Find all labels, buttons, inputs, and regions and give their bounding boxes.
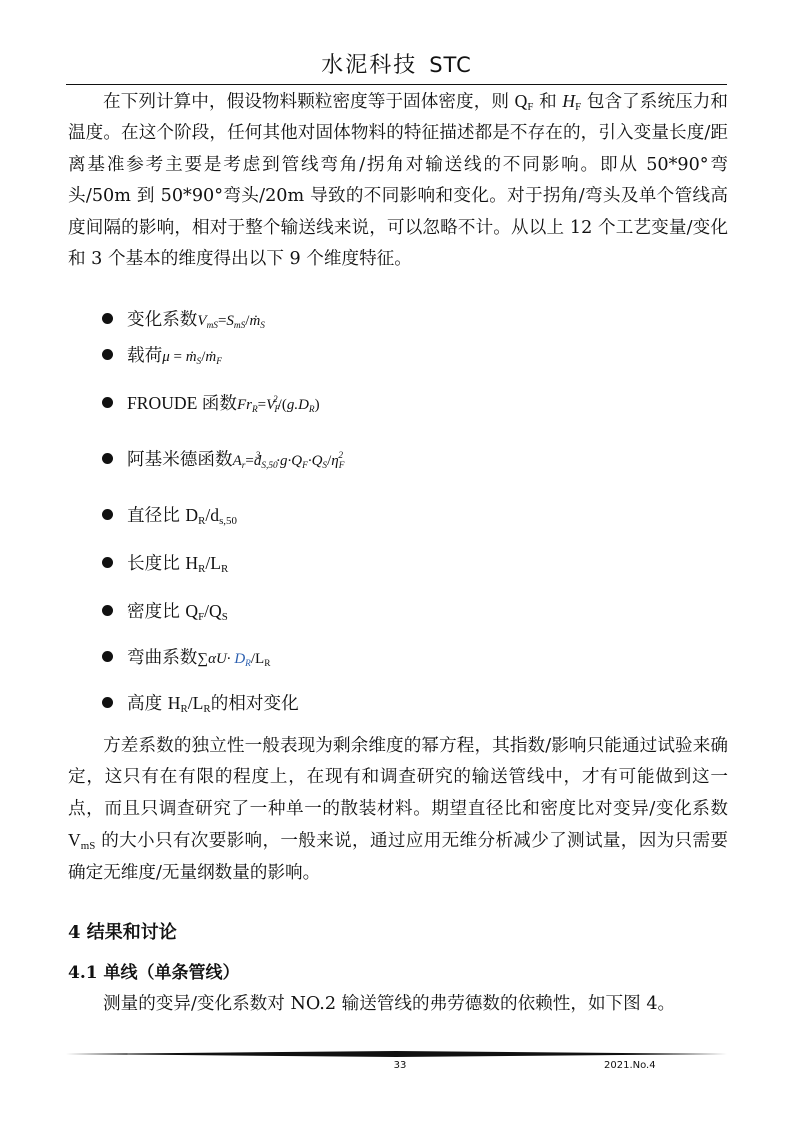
section-heading: 4 结果和讨论 bbox=[68, 918, 177, 944]
issue-label: 2021.No.4 bbox=[604, 1060, 656, 1071]
var-q-f: QF bbox=[515, 91, 534, 111]
var-v-ms: VmS bbox=[68, 830, 95, 850]
bullet-dot-icon bbox=[102, 453, 113, 464]
bullet-dot-icon bbox=[102, 651, 113, 662]
formula-height-ratio: HR/LR bbox=[168, 693, 211, 713]
bullet-dot-icon bbox=[102, 349, 113, 360]
intro-text-1: 在下列计算中，假设物料颗粒密度等于固体密度，则 bbox=[103, 92, 515, 112]
footer-rule bbox=[66, 1051, 727, 1054]
formula-load: μ = ṁS/ṁF bbox=[162, 349, 222, 365]
header-rule bbox=[66, 84, 727, 85]
intro-text-2: 和 bbox=[533, 92, 562, 112]
bullet-variation-coefficient: 变化系数VmS=SmS/ṁS bbox=[102, 306, 265, 331]
bullet-archimedes: 阿基米德函数Ar=dS,503·g·QF·QS/ηF2 bbox=[102, 446, 343, 471]
bullet-length-ratio: 长度比 HR/LR bbox=[102, 550, 228, 575]
paragraph-variance: 方差系数的独立性一般表现为剩余维度的幂方程，其指数/影响只能通过试验来确定，这只… bbox=[68, 731, 728, 889]
paragraph-intro: 在下列计算中，假设物料颗粒密度等于固体密度，则 QF 和 HF 包含了系统压力和… bbox=[68, 86, 728, 275]
bullet-froude: FROUDE 函数FrR=VF2/(g.DR) bbox=[102, 390, 320, 415]
formula-bend-coefficient: ∑αU· DR/LR bbox=[197, 651, 270, 667]
formula-length-ratio: HR/LR bbox=[185, 553, 228, 573]
bullet-load: 载荷μ = ṁS/ṁF bbox=[102, 342, 222, 367]
journal-name-cn: 水泥科技 bbox=[321, 53, 417, 78]
paragraph-results: 测量的变异/变化系数对 NO.2 输送管线的弗劳德数的依赖性，如下图 4。 bbox=[68, 989, 728, 1020]
var-h-f: HF bbox=[562, 91, 581, 111]
bullet-diameter-ratio: 直径比 DR/ds,50 bbox=[102, 502, 237, 527]
page-number: 33 bbox=[380, 1060, 420, 1071]
formula-variation-coefficient: VmS=SmS/ṁS bbox=[197, 313, 265, 329]
bullet-dot-icon bbox=[102, 397, 113, 408]
journal-abbr: STC bbox=[429, 53, 472, 77]
bullet-dot-icon bbox=[102, 557, 113, 568]
variance-text-1: 方差系数的独立性一般表现为剩余维度的幂方程，其指数/影响只能通过试验来确定，这只… bbox=[68, 736, 728, 819]
bullet-dot-icon bbox=[102, 697, 113, 708]
formula-diameter-ratio: DR/ds,50 bbox=[185, 505, 237, 525]
bullet-dot-icon bbox=[102, 509, 113, 520]
formula-archimedes: Ar=dS,503·g·QF·QS/ηF2 bbox=[233, 453, 343, 469]
formula-density-ratio: QF/QS bbox=[185, 601, 227, 621]
bullet-dot-icon bbox=[102, 605, 113, 616]
variance-text-2: 的大小只有次要影响，一般来说，通过应用无维分析减少了测试量，因为只需要确定无维度… bbox=[68, 831, 728, 882]
bullet-height-variation: 高度 HR/LR的相对变化 bbox=[102, 690, 299, 715]
journal-title: 水泥科技STC bbox=[0, 48, 793, 79]
intro-text-3: 包含了系统压力和温度。在这个阶段，任何其他对固体物料的特征描述都是不存在的，引入… bbox=[68, 92, 728, 269]
bullet-bend-coefficient: 弯曲系数∑αU· DR/LR bbox=[102, 644, 270, 669]
subsection-heading: 4.1 单线（单条管线） bbox=[68, 958, 240, 983]
bullet-density-ratio: 密度比 QF/QS bbox=[102, 598, 228, 623]
formula-froude: FrR=VF2/(g.DR) bbox=[237, 397, 320, 413]
bullet-dot-icon bbox=[102, 313, 113, 324]
